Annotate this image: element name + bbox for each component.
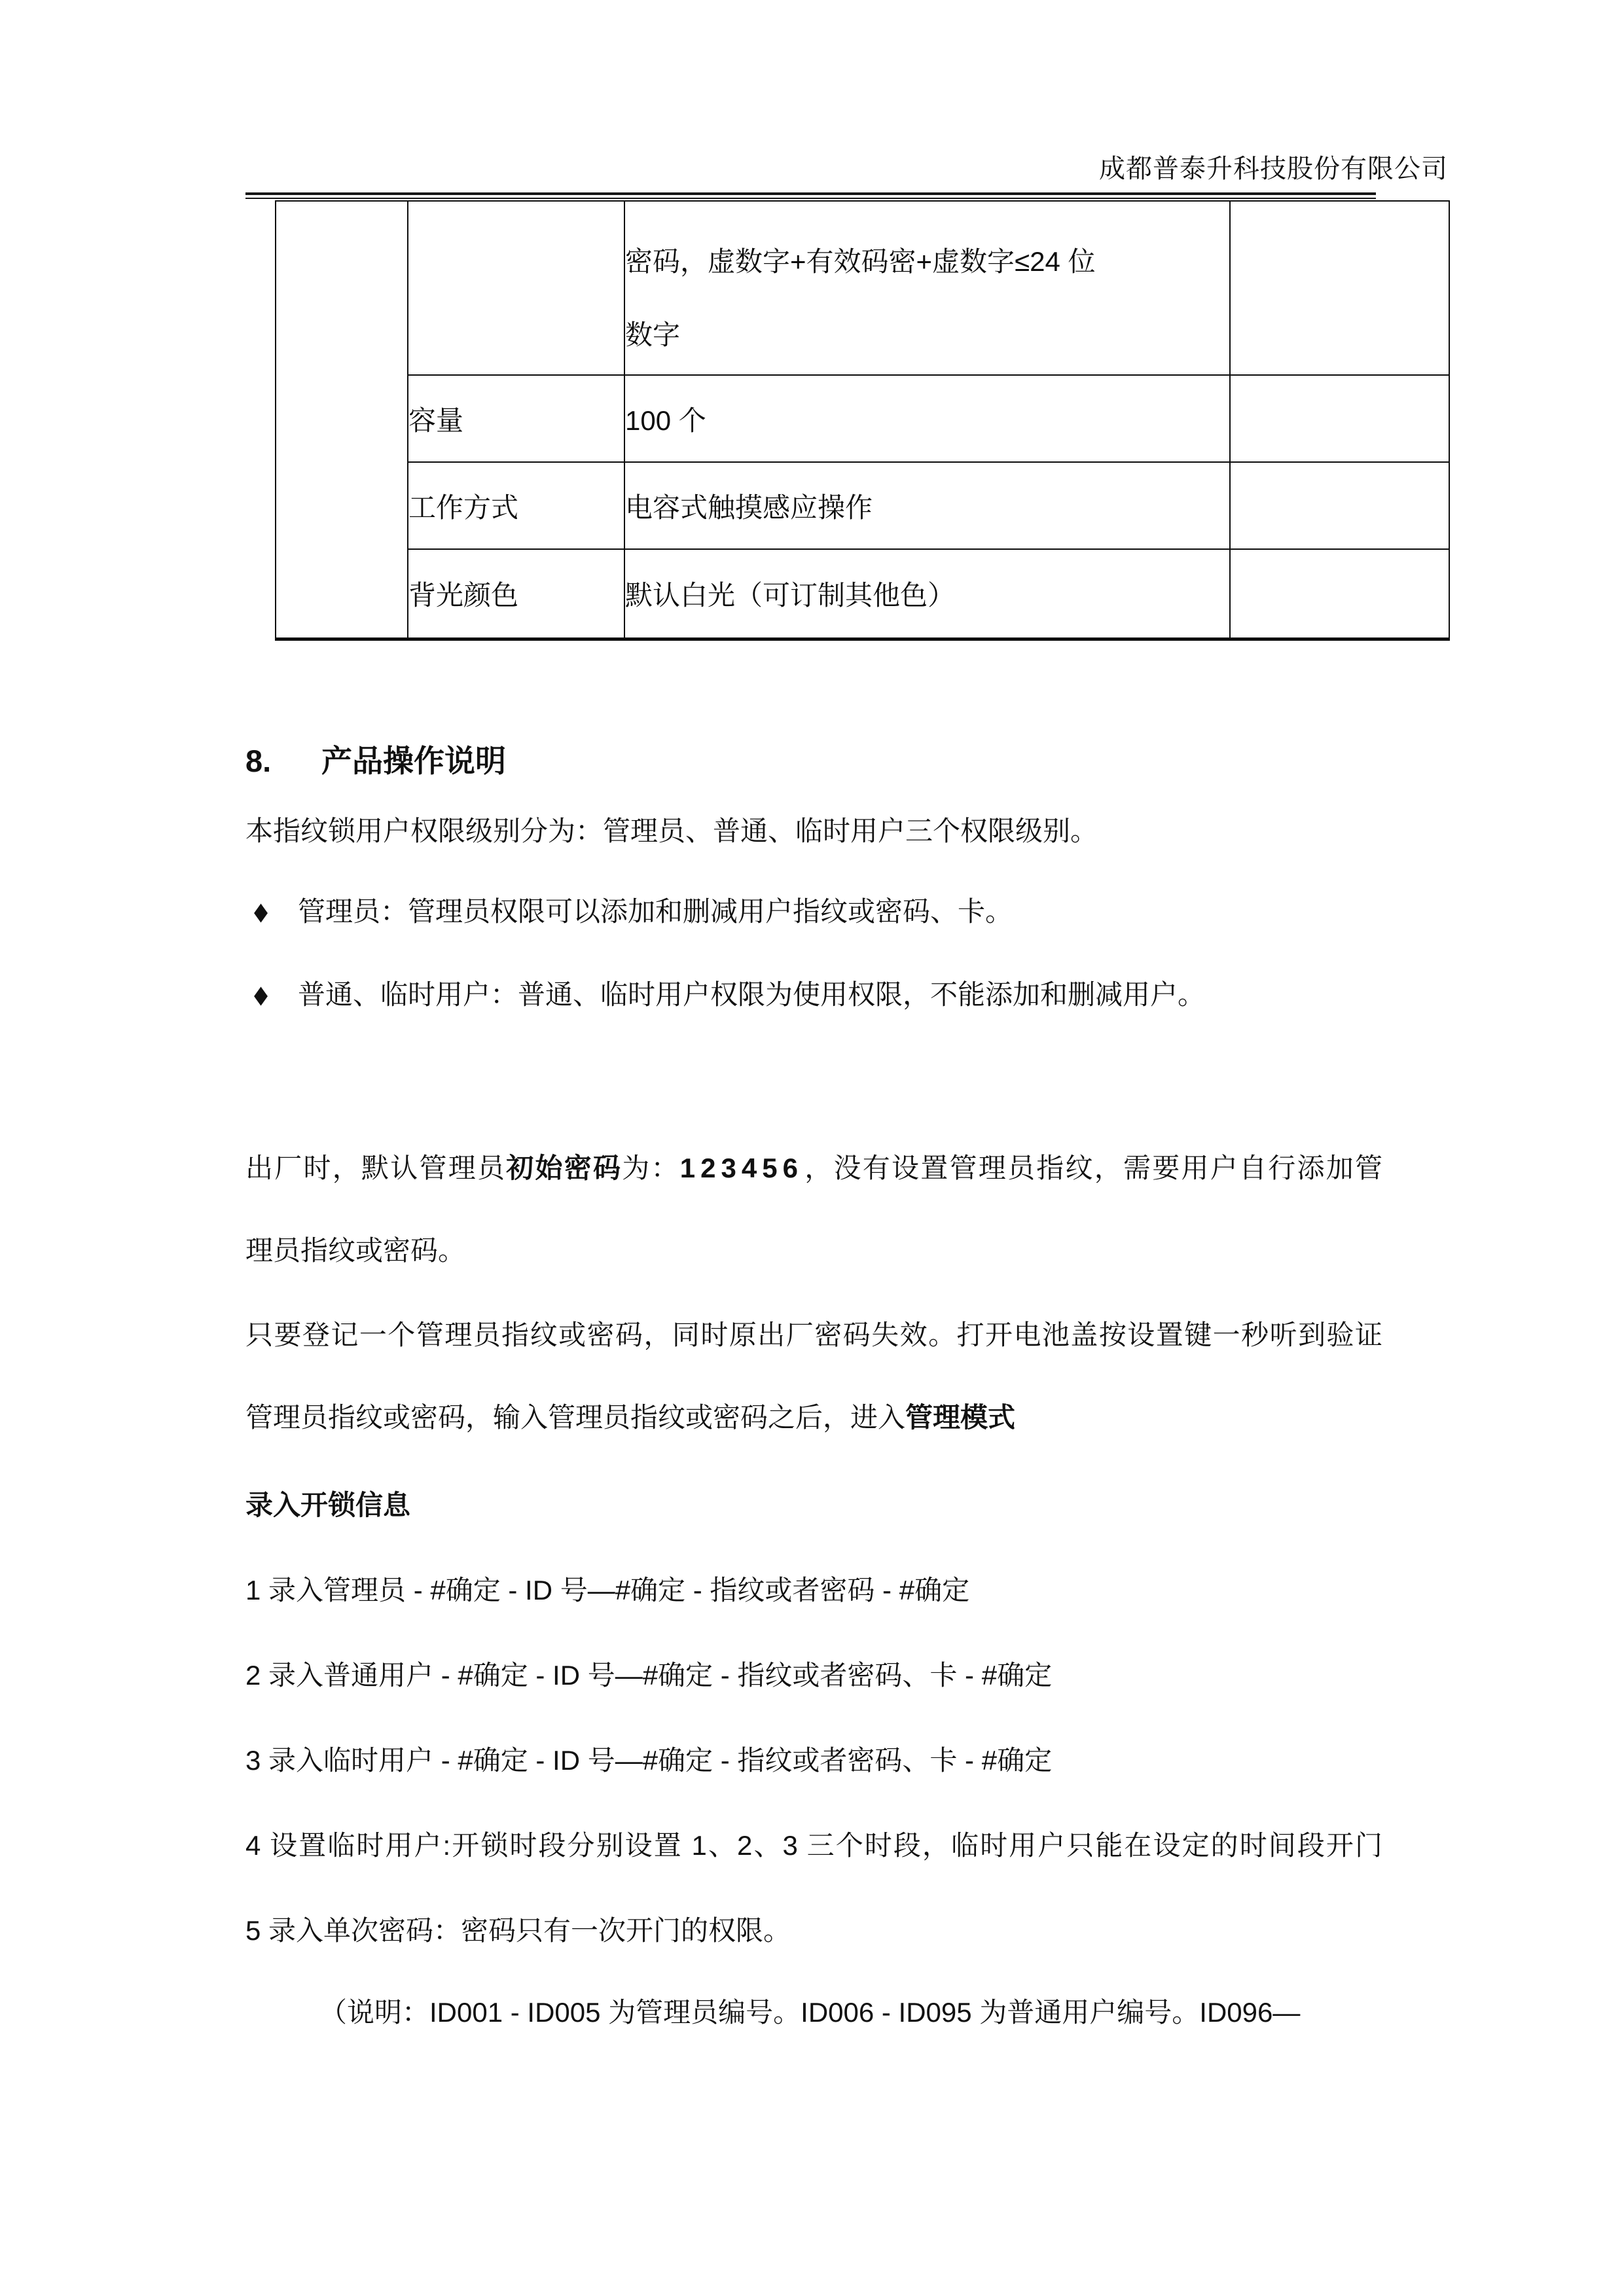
spec-remark-cell [1230, 462, 1449, 549]
spec-label-capacity: 容量 [408, 375, 624, 462]
text-run: 出厂时，默认管理员 [245, 1153, 506, 1183]
text-run: 管理员指纹或密码，输入管理员指纹或密码之后，进入 [245, 1402, 905, 1433]
bullet-item-normal-temp-user: ◆ 普通、临时用户：普通、临时用户权限为使用权限，不能添加和删减用户。 [254, 954, 1382, 1036]
step-item-4: 4 设置临时用户:开锁时段分别设置 1、2、3 三个时段，临时用户只能在设定的时… [245, 1804, 1382, 1887]
table-row: 密码，虚数字+有效码密+虚数字≤24 位 数字 [276, 201, 1449, 375]
password-rule-line2: 数字 [625, 298, 1229, 372]
text-run: ，没有设置管理员指纹，需要用户自行添加管 [803, 1153, 1382, 1183]
spec-table: 密码，虚数字+有效码密+虚数字≤24 位 数字 容量 100 个 工作方式 电容… [275, 200, 1450, 641]
spec-value-work-mode: 电容式触摸感应操作 [624, 462, 1230, 549]
text-run: 为： [622, 1153, 680, 1183]
cell-spacer [625, 202, 1229, 225]
password-rule-line1: 密码，虚数字+有效码密+虚数字≤24 位 [625, 225, 1229, 298]
section-title: 产品操作说明 [321, 744, 506, 778]
management-mode-bold: 管理模式 [905, 1402, 1015, 1433]
manual-page: 成都普泰升科技股份有限公司 密码，虚数字+有效码密+虚数字≤24 位 数字 容量… [0, 0, 1624, 2296]
table-row: 容量 100 个 [276, 375, 1449, 462]
bullet-diamond-icon: ◆ [254, 870, 268, 953]
company-header: 成都普泰升科技股份有限公司 [0, 149, 1448, 188]
default-password-value: 123456 [680, 1153, 803, 1183]
id-note-paragraph: （说明：ID001 - ID005 为管理员编号。ID006 - ID095 为… [319, 1971, 1382, 2054]
entry-info-heading: 录入开锁信息 [245, 1464, 1382, 1547]
spec-remark-cell [1230, 375, 1449, 462]
step-item-1: 1 录入管理员 - #确定 - ID 号—#确定 - 指纹或者密码 - #确定 [245, 1549, 1382, 1632]
intro-paragraph: 本指纹锁用户权限级别分为：管理员、普通、临时用户三个权限级别。 [245, 790, 1382, 872]
spec-label-work-mode: 工作方式 [408, 462, 624, 549]
initial-password-bold: 初始密码 [506, 1153, 622, 1183]
spec-stub-cell [276, 201, 408, 639]
spec-label-empty [408, 201, 624, 375]
register-paragraph-line2: 管理员指纹或密码，输入管理员指纹或密码之后，进入管理模式 [245, 1376, 1382, 1459]
factory-paragraph-line1: 出厂时，默认管理员初始密码为：123456，没有设置管理员指纹，需要用户自行添加… [245, 1127, 1382, 1210]
spec-value-backlight: 默认白光（可订制其他色） [624, 549, 1230, 639]
bullet-text: 管理员：管理员权限可以添加和删减用户指纹或密码、卡。 [298, 896, 1013, 927]
table-row: 工作方式 电容式触摸感应操作 [276, 462, 1449, 549]
spec-value-capacity: 100 个 [624, 375, 1230, 462]
table-row: 背光颜色 默认白光（可订制其他色） [276, 549, 1449, 639]
spec-label-backlight: 背光颜色 [408, 549, 624, 639]
bullet-item-admin: ◆ 管理员：管理员权限可以添加和删减用户指纹或密码、卡。 [254, 870, 1382, 953]
bullet-text: 普通、临时用户：普通、临时用户权限为使用权限，不能添加和删减用户。 [298, 979, 1205, 1010]
factory-paragraph-line2: 理员指纹或密码。 [245, 1210, 1382, 1292]
step-item-5: 5 录入单次密码：密码只有一次开门的权限。 [245, 1890, 1382, 1972]
spec-remark-cell [1230, 201, 1449, 375]
register-paragraph-line1: 只要登记一个管理员指纹或密码，同时原出厂密码失效。打开电池盖按设置键一秒听到验证 [245, 1294, 1382, 1376]
step-item-3: 3 录入临时用户 - #确定 - ID 号—#确定 - 指纹或者密码、卡 - #… [245, 1719, 1382, 1802]
header-divider-rule [245, 192, 1376, 199]
step-item-2: 2 录入普通用户 - #确定 - ID 号—#确定 - 指纹或者密码、卡 - #… [245, 1634, 1382, 1717]
spec-value-password: 密码，虚数字+有效码密+虚数字≤24 位 数字 [624, 201, 1230, 375]
spec-remark-cell [1230, 549, 1449, 639]
bullet-diamond-icon: ◆ [254, 954, 268, 1036]
